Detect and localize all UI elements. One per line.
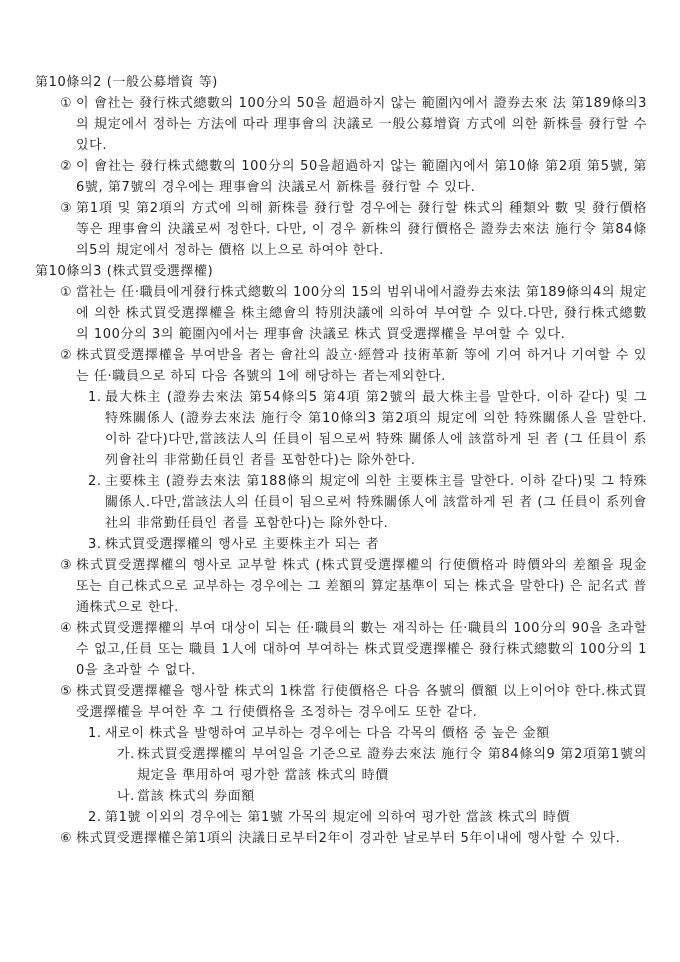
- item-marker: 2.: [88, 471, 105, 534]
- list-item: 1. 最大株主 (證券去來法 第54條의5 第4項 第2號의 最大株主를 말한다…: [88, 387, 647, 471]
- list-item: 2. 第1號 이외의 경우에는 第1號 가목의 規定에 의하여 평가한 當該 株…: [88, 807, 647, 828]
- article-10-2: 第10條의2 (一般公募增資 等) ① 이 會社는 發行株式總數의 100分의 …: [35, 72, 647, 261]
- clause: ② 이 會社는 發行株式總數의 100分의 50을超過하지 않는 範圍內에서 第…: [60, 156, 647, 198]
- article-heading: 第10條의3 (株式買受選擇權): [35, 261, 647, 282]
- item-marker: 2.: [88, 807, 105, 828]
- clause-marker: ④: [60, 618, 76, 681]
- sub-list-item: 가. 株式買受選擇權의 부여일을 기준으로 證券去來法 施行令 第84條의9 第…: [117, 744, 647, 786]
- list-item: 1. 새로이 株式을 발행하여 교부하는 경우에는 다음 각목의 價格 중 높은…: [88, 723, 647, 744]
- subitem-text: 當該 株式의 券面額: [137, 786, 647, 807]
- subitem-text: 株式買受選擇權의 부여일을 기준으로 證券去來法 施行令 第84條의9 第2項第…: [137, 744, 647, 786]
- item-text: 主要株主 (證券去來法 第188條의 規定에 의한 主要株主를 말한다. 이하 …: [105, 471, 647, 534]
- item-text: 株式買受選擇權의 행사로 主要株主가 되는 者: [105, 534, 647, 555]
- clause: ④ 株式買受選擇權의 부여 대상이 되는 任·職員의 數는 재직하는 任·職員의…: [60, 618, 647, 681]
- clause-marker: ①: [60, 93, 76, 156]
- clause-marker: ③: [60, 555, 76, 618]
- item-marker: 3.: [88, 534, 105, 555]
- clause-marker: ⑤: [60, 681, 76, 723]
- clause: ② 株式買受選擇權을 부여받을 者는 會社의 設立·經營과 技術革新 等에 기여…: [60, 345, 647, 387]
- document-content: 第10條의2 (一般公募增資 等) ① 이 會社는 發行株式總數의 100分의 …: [35, 72, 647, 849]
- subitem-marker: 가.: [117, 744, 137, 786]
- clause-marker: ①: [60, 282, 76, 345]
- clause-text: 이 會社는 發行株式總數의 100分의 50을 超過하지 않는 範圍內에서 證券…: [76, 93, 647, 156]
- clause: ⑥ 株式買受選擇權은第1項의 決議日로부터2年이 경과한 날로부터 5年이내에 …: [60, 828, 647, 849]
- clause-text: 株式買受選擇權은第1項의 決議日로부터2年이 경과한 날로부터 5年이내에 행사…: [76, 828, 647, 849]
- clause-text: 株式買受選擇權의 부여 대상이 되는 任·職員의 數는 재직하는 任·職員의 1…: [76, 618, 647, 681]
- clause-text: 이 會社는 發行株式總數의 100分의 50을超過하지 않는 範圍內에서 第10…: [76, 156, 647, 198]
- clause-text: 當社는 任·職員에게發行株式總數의 100分의 15의 범위내에서證券去來法 第…: [76, 282, 647, 345]
- clause-text: 株式買受選擇權을 부여받을 者는 會社의 設立·經營과 技術革新 等에 기여 하…: [76, 345, 647, 387]
- clause: ① 이 會社는 發行株式總數의 100分의 50을 超過하지 않는 範圍內에서 …: [60, 93, 647, 156]
- clause-text: 第1項 및 第2項의 方式에 의해 新株를 發行할 경우에는 發行할 株式의 種…: [76, 198, 647, 261]
- item-marker: 1.: [88, 723, 105, 744]
- list-item: 3. 株式買受選擇權의 행사로 主要株主가 되는 者: [88, 534, 647, 555]
- clause: ③ 株式買受選擇權의 행사로 교부할 株式 (株式買受選擇權의 行使價格과 時價…: [60, 555, 647, 618]
- clause-marker: ③: [60, 198, 76, 261]
- item-text: 第1號 이외의 경우에는 第1號 가목의 規定에 의하여 평가한 當該 株式의 …: [105, 807, 647, 828]
- article-heading: 第10條의2 (一般公募增資 等): [35, 72, 647, 93]
- clause-marker: ⑥: [60, 828, 76, 849]
- article-10-3: 第10條의3 (株式買受選擇權) ① 當社는 任·職員에게發行株式總數의 100…: [35, 261, 647, 849]
- clause-marker: ②: [60, 156, 76, 198]
- item-text: 最大株主 (證券去來法 第54條의5 第4項 第2號의 最大株主를 말한다. 이…: [105, 387, 647, 471]
- list-item: 2. 主要株主 (證券去來法 第188條의 規定에 의한 主要株主를 말한다. …: [88, 471, 647, 534]
- clause-marker: ②: [60, 345, 76, 387]
- clause: ③ 第1項 및 第2項의 方式에 의해 新株를 發行할 경우에는 發行할 株式의…: [60, 198, 647, 261]
- clause-text: 株式買受選擇權의 행사로 교부할 株式 (株式買受選擇權의 行使價格과 時價와의…: [76, 555, 647, 618]
- subitem-marker: 나.: [117, 786, 137, 807]
- clause-text: 株式買受選擇權을 행사할 株式의 1株當 行使價格은 다음 各號의 價額 以上이…: [76, 681, 647, 723]
- item-marker: 1.: [88, 387, 105, 471]
- clause: ① 當社는 任·職員에게發行株式總數의 100分의 15의 범위내에서證券去來法…: [60, 282, 647, 345]
- item-text: 새로이 株式을 발행하여 교부하는 경우에는 다음 각목의 價格 중 높은 金額: [105, 723, 647, 744]
- sub-list-item: 나. 當該 株式의 券面額: [117, 786, 647, 807]
- document-page: 第10條의2 (一般公募增資 等) ① 이 會社는 發行株式總數의 100分의 …: [0, 0, 680, 962]
- clause: ⑤ 株式買受選擇權을 행사할 株式의 1株當 行使價格은 다음 各號의 價額 以…: [60, 681, 647, 723]
